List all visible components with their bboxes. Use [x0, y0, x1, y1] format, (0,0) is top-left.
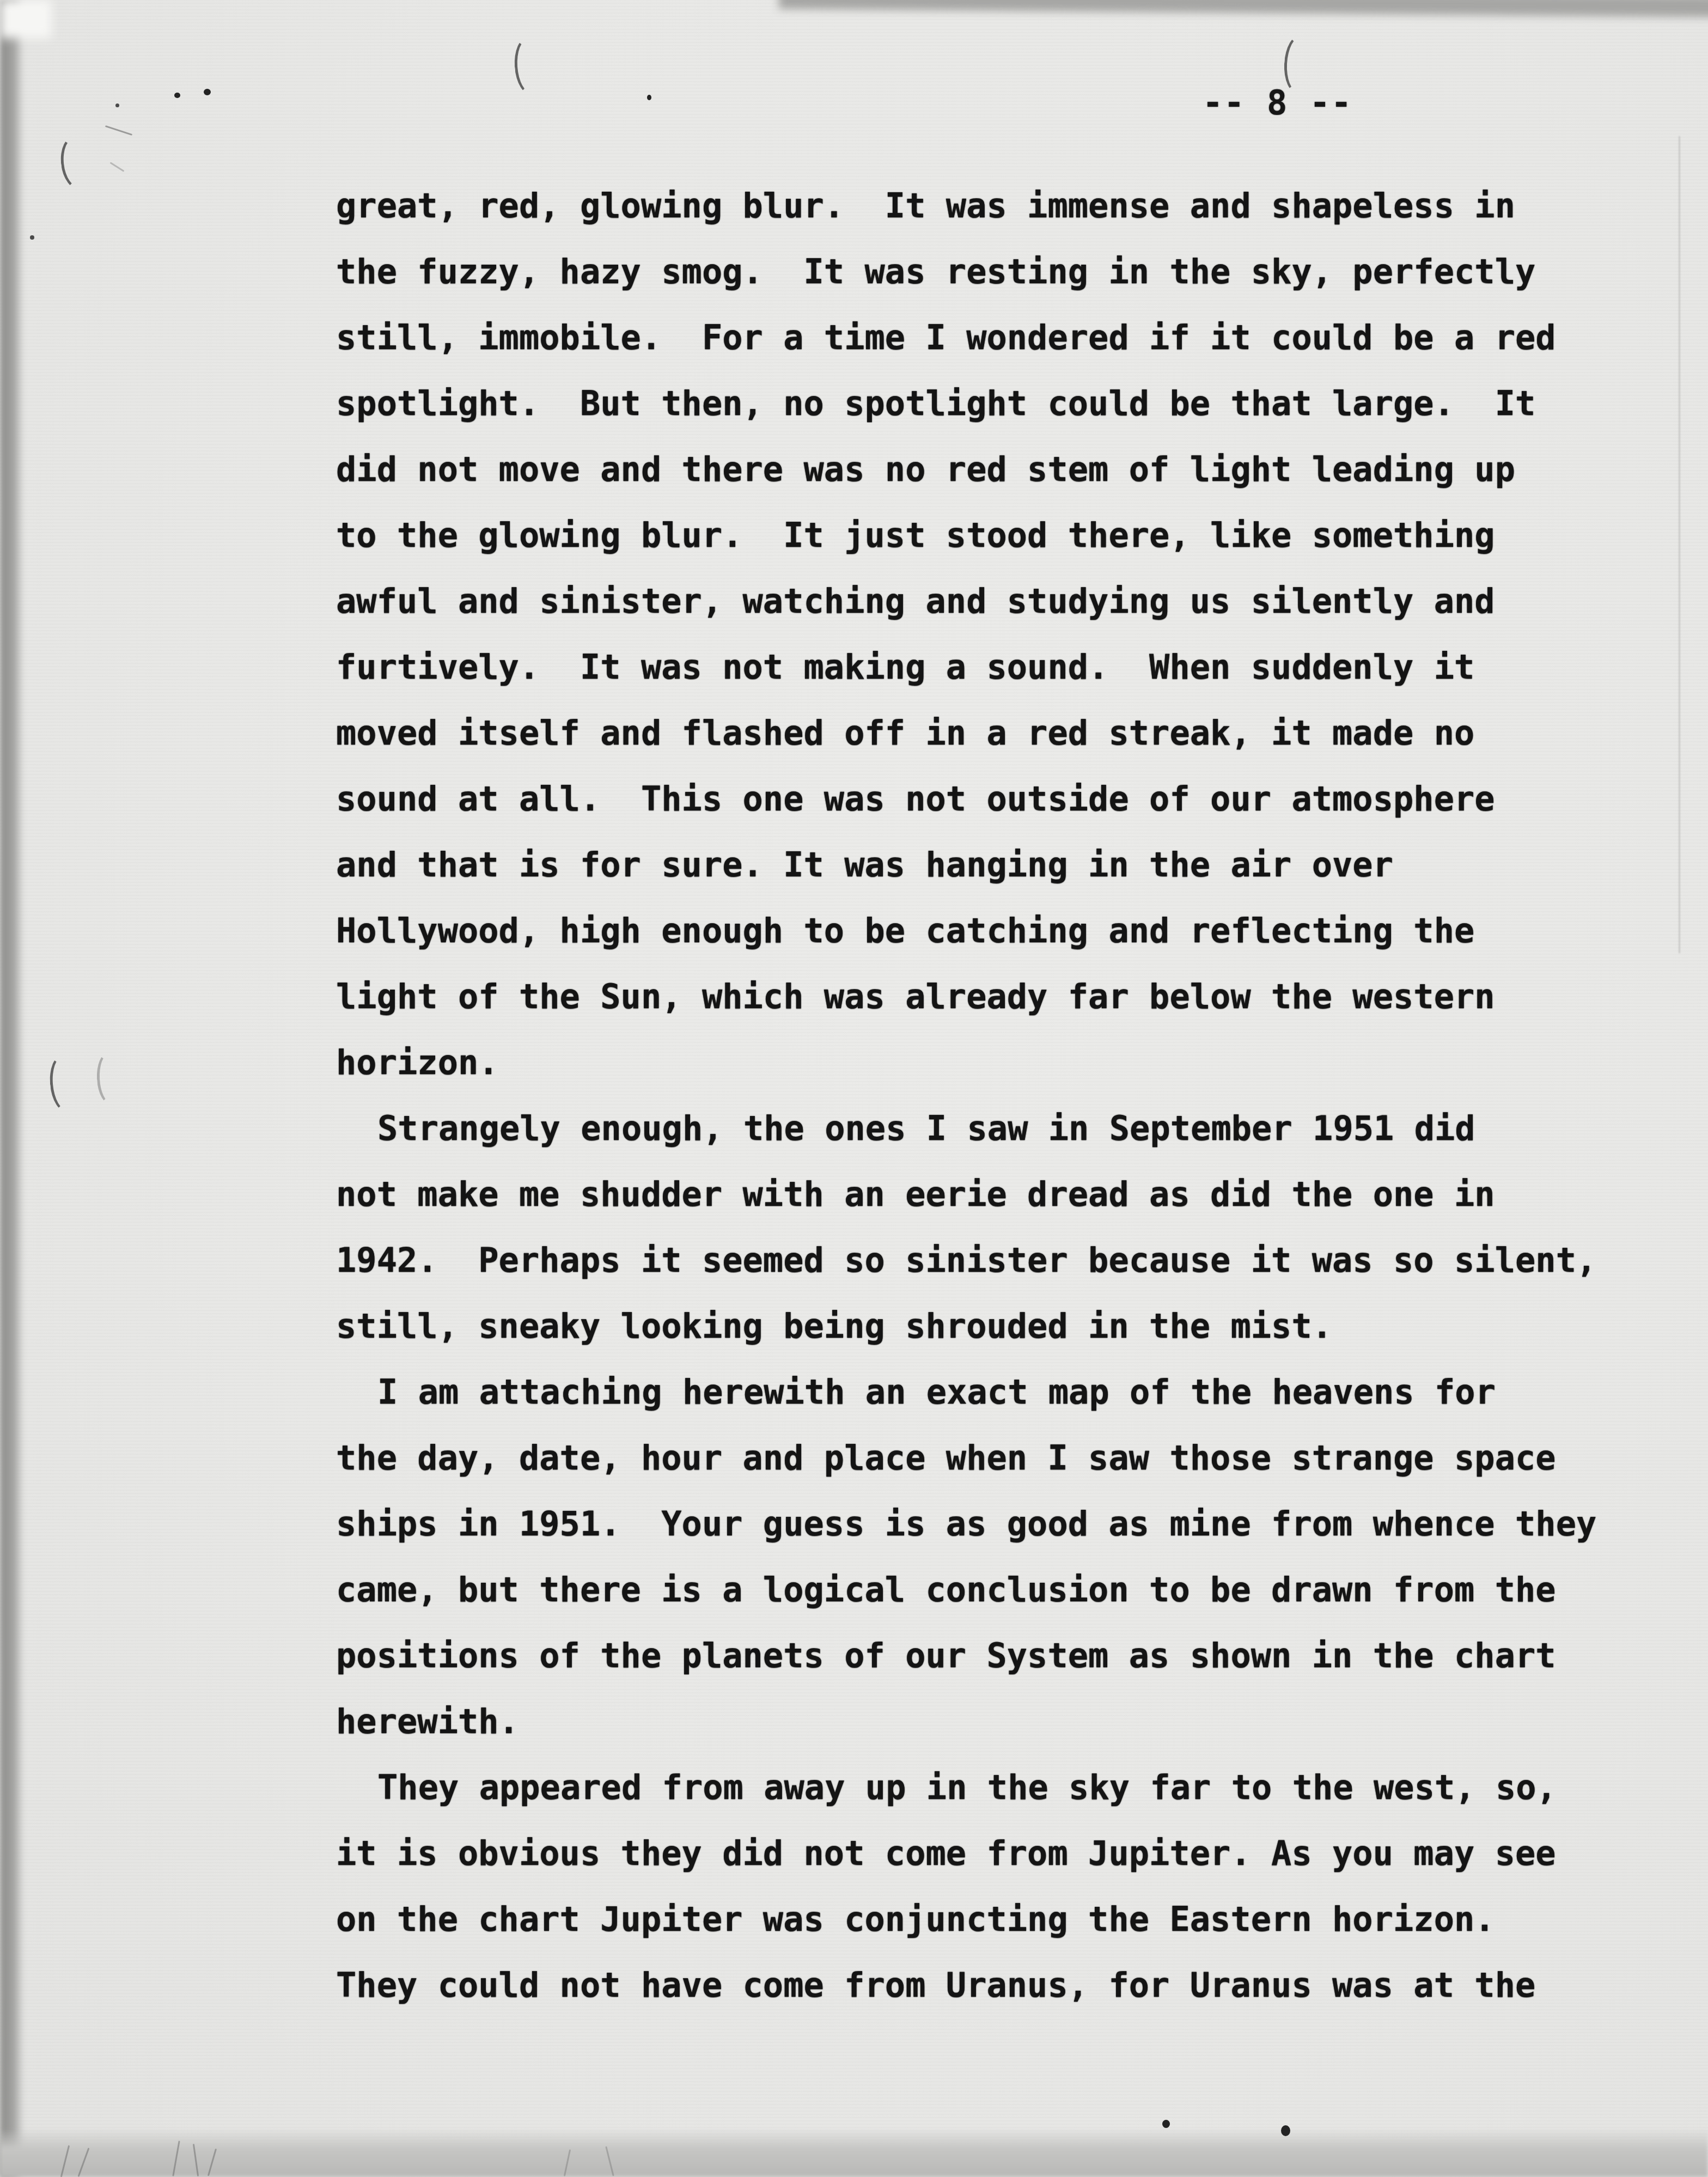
scan-top-left-corner — [0, 0, 52, 38]
scanned-document-page: -- 8 -- great, red, glowing blur. It was… — [0, 0, 1708, 2177]
text-line: I am attaching herewith an exact map of … — [336, 1359, 1654, 1425]
ink-speck — [1281, 2125, 1290, 2136]
text-line: Strangely enough, the ones I saw in Sept… — [336, 1095, 1654, 1161]
ink-speck — [204, 89, 211, 95]
ink-speck — [647, 95, 651, 100]
text-line: the fuzzy, hazy smog. It was resting in … — [336, 239, 1654, 304]
text-line: sound at all. This one was not outside o… — [336, 766, 1654, 832]
scan-bottom-edge-shadow — [0, 2129, 1708, 2177]
scan-right-edge-line — [1679, 136, 1680, 953]
text-line: positions of the planets of our System a… — [336, 1623, 1654, 1688]
text-line: They appeared from away up in the sky fa… — [336, 1754, 1654, 1820]
text-line: it is obvious they did not come from Jup… — [336, 1820, 1654, 1886]
text-line: furtively. It was not making a sound. Wh… — [336, 634, 1654, 700]
text-line: the day, date, hour and place when I saw… — [336, 1425, 1654, 1491]
scan-top-edge-shadow — [779, 0, 1708, 17]
text-line: came, but there is a logical conclusion … — [336, 1557, 1654, 1623]
text-line: 1942. Perhaps it seemed so sinister beca… — [336, 1227, 1654, 1293]
ink-speck — [174, 93, 180, 98]
text-line: spotlight. But then, no spotlight could … — [336, 370, 1654, 436]
text-line: did not move and there was no red stem o… — [336, 436, 1654, 502]
pen-dash-mark — [109, 162, 124, 172]
scan-left-edge-shadow — [0, 0, 24, 2177]
ink-speck — [1162, 2120, 1170, 2128]
pen-paren-mark — [58, 133, 97, 191]
text-line: They could not have come from Uranus, fo… — [336, 1952, 1654, 2018]
text-line: moved itself and flashed off in a red st… — [336, 700, 1654, 766]
text-line: still, immobile. For a time I wondered i… — [336, 304, 1654, 370]
text-line: great, red, glowing blur. It was immense… — [336, 173, 1654, 239]
text-line: still, sneaky looking being shrouded in … — [336, 1293, 1654, 1359]
ink-speck — [115, 103, 119, 107]
text-line: not make me shudder with an eerie dread … — [336, 1161, 1654, 1227]
text-line: and that is for sure. It was hanging in … — [336, 832, 1654, 898]
text-line: herewith. — [336, 1688, 1654, 1754]
pen-paren-mark — [513, 36, 546, 96]
text-line: Hollywood, high enough to be catching an… — [336, 898, 1654, 964]
text-line: light of the Sun, which was already far … — [336, 964, 1654, 1029]
ink-speck — [30, 235, 34, 240]
pen-dash-mark — [105, 125, 132, 136]
pen-paren-mark — [96, 1052, 124, 1105]
page-number: -- 8 -- — [1203, 83, 1352, 123]
text-line: on the chart Jupiter was conjuncting the… — [336, 1886, 1654, 1952]
text-line: awful and sinister, watching and studyin… — [336, 568, 1654, 634]
typewritten-text-block: great, red, glowing blur. It was immense… — [336, 173, 1654, 2018]
pen-paren-mark — [47, 1053, 82, 1113]
text-line: ships in 1951. Your guess is as good as … — [336, 1491, 1654, 1557]
text-line: horizon. — [336, 1029, 1654, 1095]
text-line: to the glowing blur. It just stood there… — [336, 502, 1654, 568]
